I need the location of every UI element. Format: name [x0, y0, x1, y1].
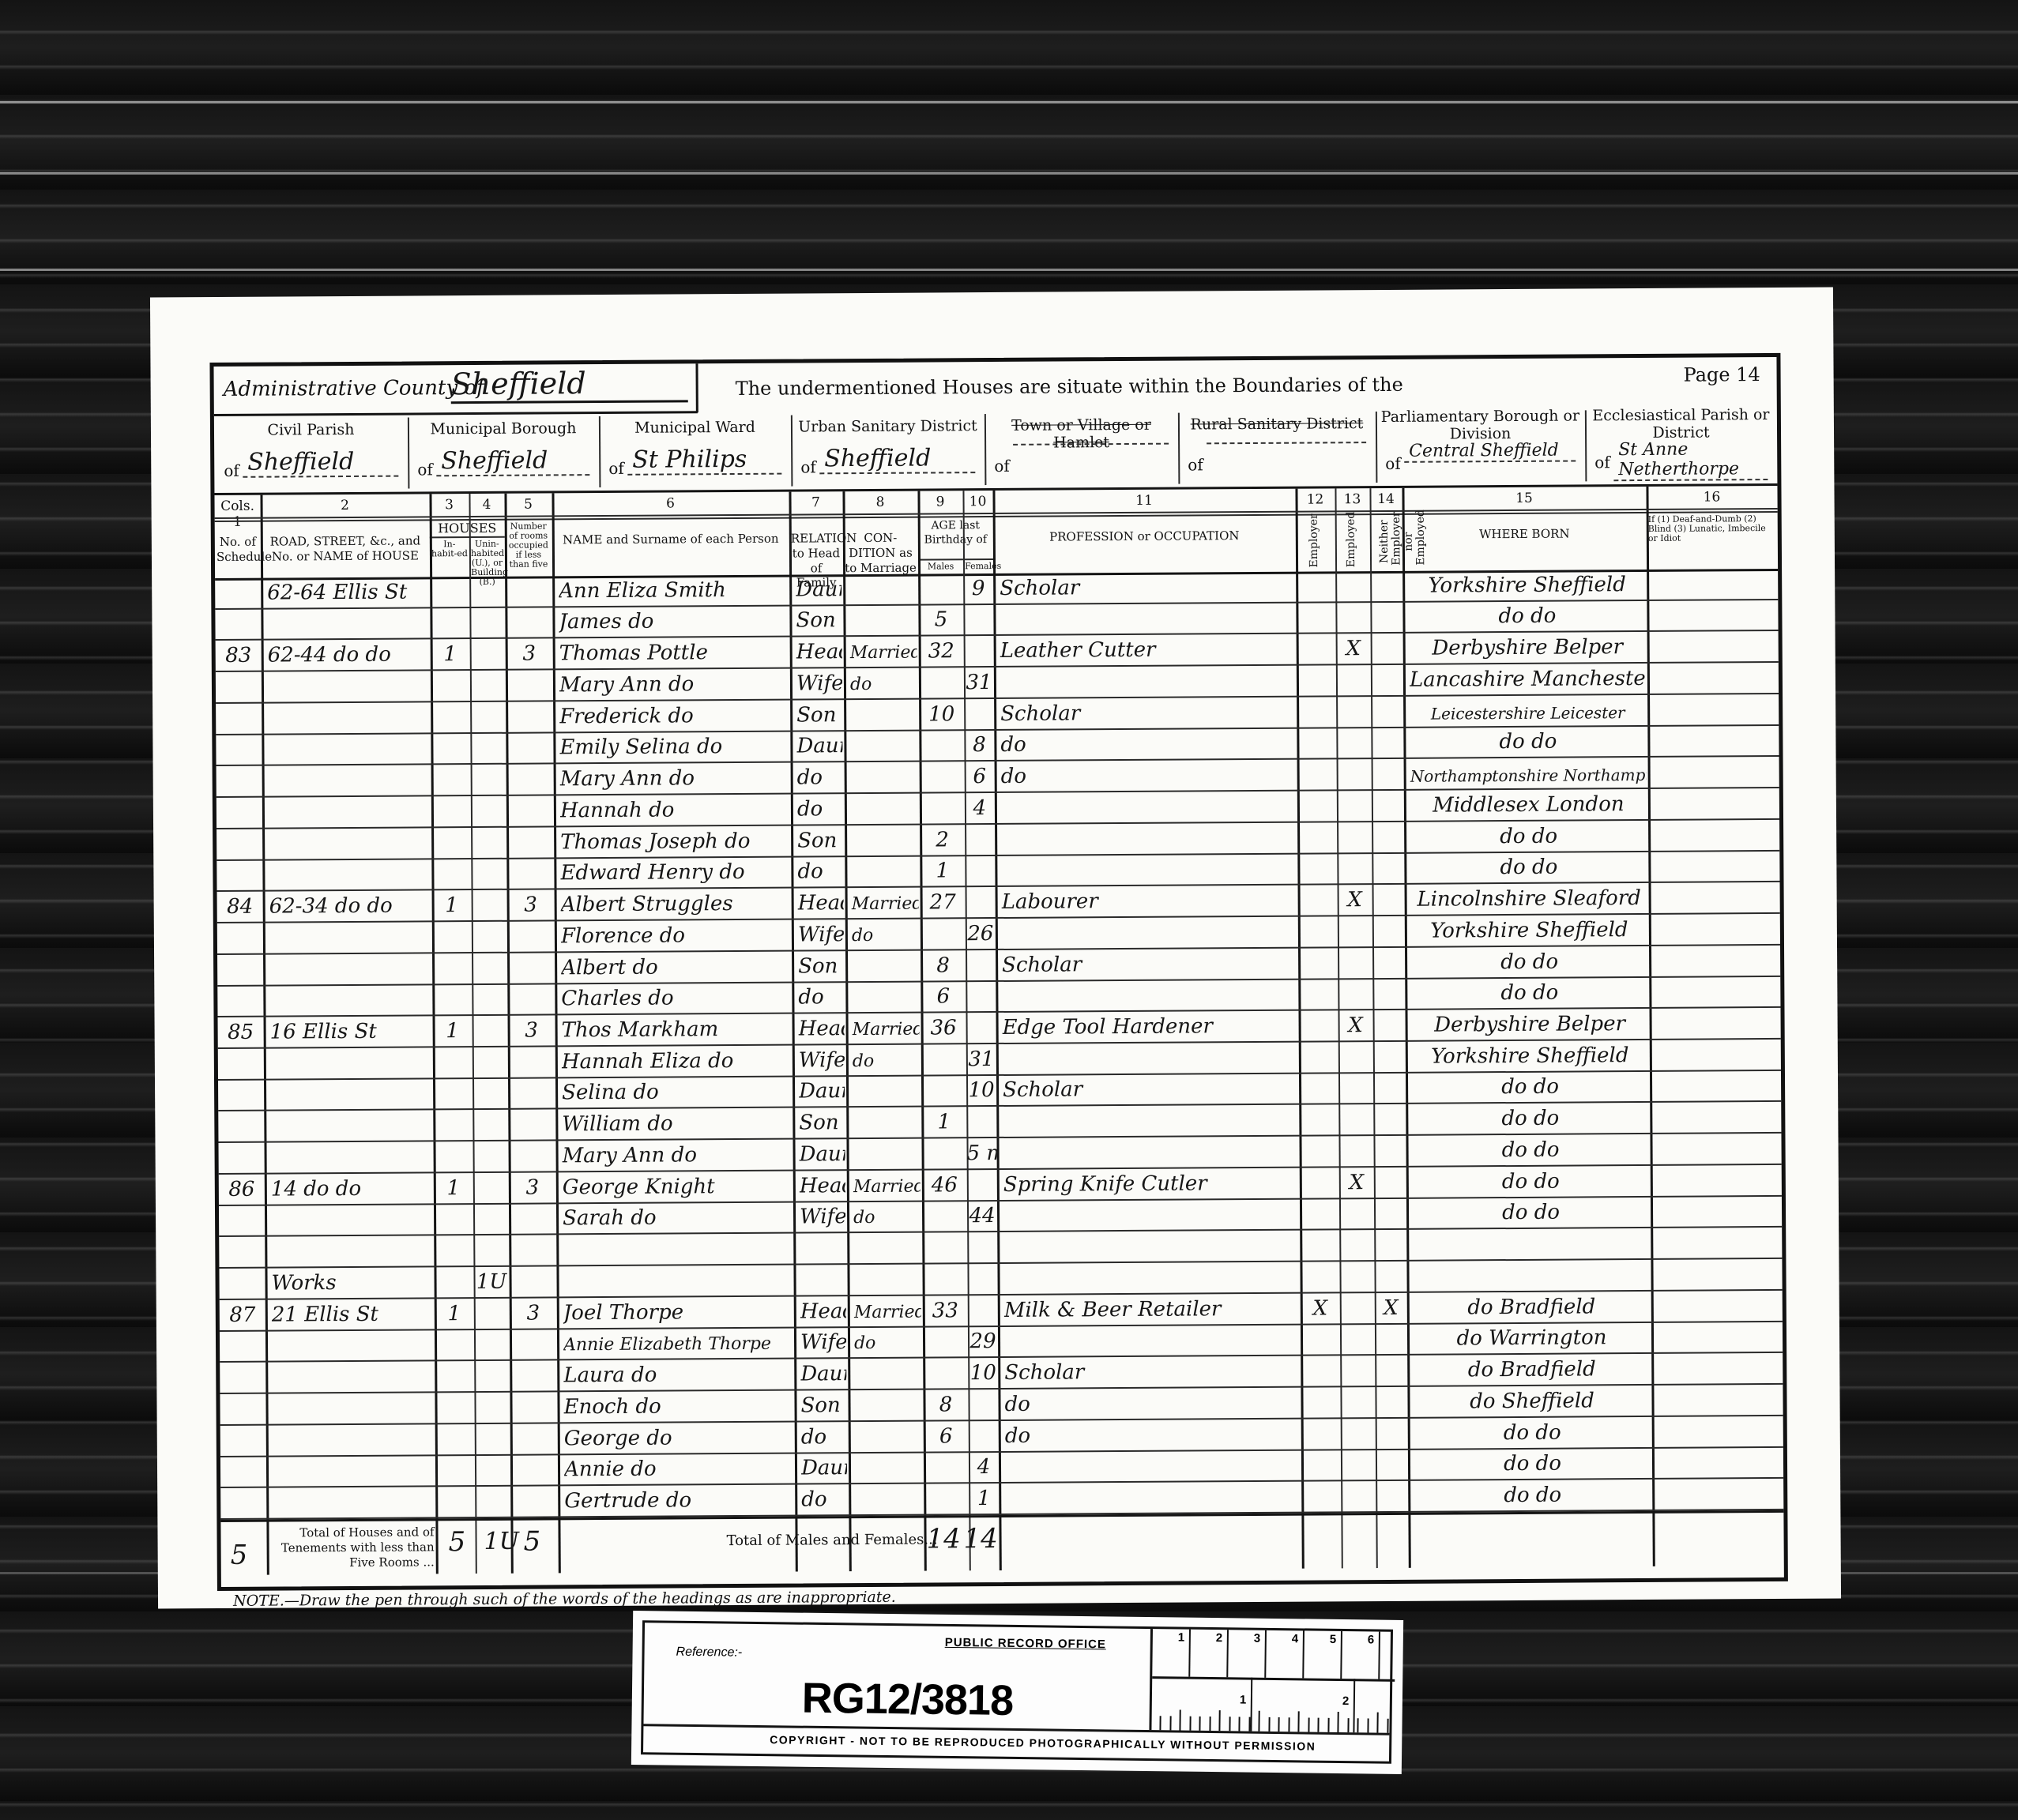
cell-relation: Son [799, 1111, 845, 1134]
cell-road: Works [271, 1270, 432, 1295]
cell-condition: do [853, 1051, 920, 1071]
column-header-road: ROAD, STREET, &c., and No. or NAME of HO… [262, 533, 428, 564]
column-header-rooms: Number of rooms occupied if less than fi… [506, 521, 551, 570]
column-number: 6 [552, 495, 789, 513]
column-header-where_born: WHERE BORN [1404, 526, 1645, 543]
cell-female-age: 9 [963, 577, 993, 600]
ruler-tick [1209, 1717, 1210, 1731]
cell-relation: do [797, 765, 843, 789]
cell-where-born: do do [1410, 729, 1646, 754]
cell-where-born: do Sheffield [1414, 1389, 1650, 1414]
column-number: 3 [430, 497, 469, 513]
cell-schedule: 87 [220, 1303, 265, 1326]
cell-where-born: do do [1412, 1074, 1648, 1100]
cell-name: Joel Thorpe [563, 1299, 793, 1325]
cell-occupation: Labourer [1002, 889, 1297, 914]
cell-condition: Married [853, 1020, 920, 1040]
cell-male-age: 5 [918, 608, 963, 632]
ruler-number: 1 [1178, 1630, 1185, 1644]
ruler-number: 5 [1330, 1633, 1337, 1646]
cell-female-age: 31 [964, 671, 994, 694]
cell-where-born: do do [1413, 1200, 1649, 1225]
cell-name: Albert Struggles [561, 892, 790, 917]
district-of: of [800, 457, 816, 476]
cell-female-age: 10 [968, 1361, 998, 1385]
cell-male-age: 1 [920, 859, 965, 883]
column-header-employer: Employer [1308, 520, 1322, 567]
cell-female-age: 6 [965, 765, 995, 788]
ruler-tick [1169, 1716, 1171, 1730]
cell-male-age: 2 [920, 828, 965, 852]
cell-where-born: do do [1410, 824, 1647, 849]
cell-road: 16 Ellis St [270, 1019, 431, 1043]
cell-schedule: 84 [217, 895, 263, 919]
reference-slip: Reference:- PUBLIC RECORD OFFICE RG12/38… [631, 1611, 1403, 1774]
column-header-name: NAME and Surname of each Person [554, 532, 788, 548]
ruler-tick [1218, 1710, 1220, 1731]
scan-artifact-line [0, 101, 2018, 103]
cell-name: Ann Eliza Smith [559, 577, 788, 603]
cell-male-age: 6 [924, 1424, 969, 1448]
ruler-tick [1297, 1711, 1299, 1732]
cell-name: Thos Markham [562, 1017, 791, 1043]
cell-male-age: 27 [921, 890, 966, 914]
column-header-infirmity: If (1) Deaf-and-Dumb (2) Blind (3) Lunat… [1648, 514, 1776, 543]
cell-where-born: do do [1411, 949, 1647, 974]
column-header-schedule: No. of Schedule [216, 535, 259, 565]
cell-condition: do [853, 1208, 921, 1228]
column-number: 4 [469, 497, 504, 513]
cell-name: Thomas Pottle [559, 641, 789, 666]
cell-inhabited: 1 [433, 1019, 472, 1043]
cell-road: 62-34 do do [269, 893, 431, 918]
ruler-number: 1 [1240, 1693, 1247, 1706]
cell-relation: Son [796, 609, 841, 633]
cell-male-age: 1 [921, 1110, 966, 1134]
cell-name: William do [562, 1111, 791, 1137]
cell-schedule: 85 [218, 1021, 264, 1044]
ruler-tick [1238, 1717, 1240, 1731]
age-group-header: AGE last Birthday of [918, 519, 993, 547]
cell-name: Charles do [561, 986, 790, 1011]
total-males: 14 [926, 1523, 961, 1555]
cell-female-age: 1 [969, 1487, 999, 1510]
district-value: Sheffield [436, 446, 589, 476]
cell-female-age: 4 [969, 1455, 999, 1479]
ruler-tick [1376, 1713, 1378, 1733]
cell-occupation: Spring Knife Cutler [1003, 1171, 1298, 1196]
cell-where-born: do do [1409, 604, 1645, 629]
ruler-tick [1347, 1718, 1349, 1732]
cell-where-born: Derbyshire Belper [1412, 1012, 1648, 1037]
total-uninhabited: 1U [484, 1528, 519, 1555]
cell-name: George do [564, 1425, 793, 1450]
cell-relation: Head [796, 640, 842, 664]
cell-name: Hannah Eliza do [562, 1048, 791, 1074]
cell-employer: X [1301, 1296, 1340, 1320]
column-header-condition: CON-DITION as to Marriage [845, 531, 917, 576]
district-value: Sheffield [243, 448, 398, 478]
ruler-tick [1278, 1717, 1279, 1732]
cell-relation: Head [798, 891, 844, 915]
cell-inhabited: 1 [432, 893, 472, 917]
cell-occupation: Scholar [1000, 700, 1295, 725]
cell-rooms: 3 [506, 642, 553, 666]
district-label: Municipal Borough [408, 419, 599, 438]
cell-relation: do [801, 1425, 847, 1449]
district-value: Central Sheffield [1404, 441, 1576, 463]
district-of: of [224, 461, 239, 480]
column-number: 16 [1646, 489, 1777, 506]
column-number: 13 [1335, 491, 1369, 507]
district-label: Ecclesiastical Parish or District [1585, 406, 1777, 442]
column-number: 2 [261, 497, 430, 513]
copyright-notice: COPYRIGHT - NOT TO BE REPRODUCED PHOTOGR… [770, 1733, 1316, 1752]
cell-rooms: 3 [510, 1301, 557, 1325]
district-of: of [1385, 454, 1401, 473]
cell-where-born: Lancashire Manchester [1410, 667, 1646, 692]
county-label: Administrative County of [224, 376, 484, 401]
ruler-tick [1367, 1718, 1369, 1732]
reference-code: RG12/3818 [802, 1674, 1014, 1725]
cell-where-born: Northamptonshire Northampton [1410, 765, 1647, 786]
ruler-tick [1288, 1717, 1289, 1732]
houses-group-header: HOUSES [430, 521, 505, 537]
cell-relation: Wife [800, 1330, 846, 1354]
cell-name: Mary Ann do [563, 1142, 792, 1168]
cell-name: Enoch do [563, 1393, 793, 1419]
column-header-females: Females [965, 562, 992, 571]
column-number: 14 [1369, 491, 1402, 507]
column-number: 8 [842, 494, 917, 511]
cell-schedule: 86 [219, 1177, 265, 1201]
public-record-office-label: PUBLIC RECORD OFFICE [945, 1636, 1106, 1651]
ruler-tick [1248, 1717, 1250, 1732]
household-rows: 62-64 Ellis StAnn Eliza SmithDaur9Schola… [213, 357, 1776, 367]
district-value: Sheffield [819, 444, 975, 474]
total-rooms: 5 [523, 1526, 540, 1558]
cell-relation: do [797, 797, 843, 821]
cell-occupation: Scholar [1004, 1359, 1299, 1385]
cell-relation: Wife [800, 1205, 845, 1229]
cell-name: Annie do [564, 1457, 793, 1482]
district-of: of [1594, 453, 1610, 472]
column-header-employed: Employed [1345, 520, 1359, 567]
ruler-tick [1357, 1718, 1358, 1732]
cell-female-age: 10 [966, 1078, 996, 1102]
cell-where-born: Middlesex London [1410, 792, 1647, 818]
cell-condition: do [852, 925, 919, 946]
cell-occupation: Edge Tool Hardener [1003, 1014, 1297, 1040]
cell-where-born: do do [1410, 855, 1647, 880]
ruler-tick [1317, 1718, 1319, 1732]
column-number: 12 [1295, 491, 1335, 507]
cell-relation: Wife [796, 671, 842, 695]
cell-occupation: Milk & Beer Retailer [1004, 1296, 1299, 1322]
cell-employed: X [1338, 888, 1372, 912]
cell-occupation: Leather Cutter [1000, 637, 1295, 663]
cell-female-age: 8 [964, 733, 994, 757]
cell-relation: Head [800, 1174, 845, 1198]
reference-label: Reference:- [676, 1645, 742, 1660]
ruler-division [1353, 1679, 1355, 1732]
cell-where-born: do Bradfield [1414, 1295, 1650, 1320]
persons-total-label: Total of Males and Females... [727, 1531, 938, 1549]
cell-female-age: 44 [967, 1204, 997, 1228]
district-label: Urban Sanitary District [791, 417, 985, 435]
column-grid: Cols. 12345678910111213141516HOUSESAGE l… [213, 357, 1776, 367]
ruler-number: 2 [1216, 1631, 1223, 1645]
column-number: 9 [917, 494, 962, 510]
cell-employed: X [1339, 1171, 1374, 1194]
cell-inhabited: 1 [434, 1176, 473, 1200]
column-header-males: Males [920, 562, 962, 571]
cell-where-born: do do [1414, 1420, 1651, 1445]
district-of: of [608, 459, 624, 478]
cell-relation: Son [797, 829, 843, 852]
district-of: of [417, 460, 433, 479]
ruler-tick [1337, 1712, 1338, 1732]
cell-where-born: do do [1411, 980, 1647, 1006]
total-schedules: 5 [231, 1540, 248, 1571]
census-page: Administrative County of Sheffield The u… [150, 288, 1841, 1609]
column-number: 7 [789, 494, 842, 510]
cell-name: Frederick do [559, 703, 789, 728]
ruler-tick [1258, 1711, 1259, 1732]
ruler-number: 4 [1292, 1632, 1299, 1645]
ruler-number: 3 [1254, 1632, 1261, 1645]
cell-name: James do [559, 609, 788, 634]
cell-rooms: 3 [508, 1018, 555, 1042]
cell-relation: Daur [800, 1142, 845, 1166]
ruler-tick [1229, 1717, 1230, 1731]
ruler-number: 2 [1342, 1694, 1350, 1708]
cell-relation: do [801, 1487, 847, 1511]
cell-rooms: 3 [507, 893, 555, 916]
district-value [1207, 442, 1366, 444]
cell-male-age: 46 [922, 1173, 967, 1197]
ruler-number: 6 [1368, 1633, 1375, 1646]
cell-relation: Son [800, 1393, 846, 1417]
cell-male-age: 6 [921, 984, 966, 1008]
cell-occupation: do [1001, 763, 1296, 788]
cell-female-age: 5 mths [966, 1141, 996, 1165]
cell-road: 21 Ellis St [272, 1302, 433, 1326]
cell-condition: do [854, 1333, 921, 1354]
column-number: 11 [992, 492, 1295, 510]
cell-inhabited: 1 [431, 642, 470, 666]
cell-condition: Married [852, 894, 919, 915]
total-females: 14 [963, 1523, 998, 1555]
ruler-tick [1387, 1719, 1388, 1733]
cell-where-born: do do [1414, 1451, 1651, 1476]
cell-inhabited: 1 [435, 1302, 474, 1326]
cell-name: George Knight [563, 1174, 792, 1199]
cell-neither: X [1375, 1295, 1407, 1319]
cell-uninhabited: 1U [473, 1270, 509, 1294]
district-label: Civil Parish [214, 421, 408, 439]
cell-occupation: Scholar [1002, 951, 1297, 976]
cell-where-born: do Warrington [1414, 1326, 1650, 1351]
divider [695, 363, 698, 412]
cell-relation: Son [796, 703, 842, 727]
ruler-tick [1327, 1718, 1329, 1732]
ruler-tick [1268, 1717, 1270, 1732]
ruler-tick [1179, 1710, 1180, 1731]
cell-female-age: 29 [968, 1329, 998, 1353]
cell-where-born: Yorkshire Sheffield [1411, 918, 1647, 943]
cell-road: 62-64 Ellis St [267, 580, 428, 604]
cell-occupation: do [1004, 1390, 1299, 1416]
cell-name: Florence do [561, 923, 790, 948]
cell-relation: Wife [798, 923, 844, 946]
cell-road: 14 do do [271, 1176, 432, 1201]
cell-male-age: 36 [921, 1016, 966, 1040]
cell-name: Thomas Joseph do [560, 829, 789, 854]
cell-name: Albert do [561, 954, 790, 980]
column-header-occupation: PROFESSION or OCCUPATION [995, 528, 1294, 545]
cell-employed: X [1336, 637, 1371, 660]
boundaries-statement: The undermentioned Houses are situate wi… [736, 374, 1403, 400]
cell-name: Mary Ann do [560, 766, 789, 792]
column-number: 5 [504, 496, 552, 512]
cell-relation: Wife [799, 1048, 845, 1072]
total-inhabited: 5 [448, 1526, 465, 1558]
district-label: Rural Sanitary District [1178, 415, 1376, 434]
column-number: Cols. 1 [215, 498, 261, 530]
district-label: Parliamentary Borough or Division [1376, 407, 1585, 443]
cell-where-born: Derbyshire Belper [1410, 635, 1646, 660]
census-form: Administrative County of Sheffield The u… [209, 353, 1787, 1591]
cell-name: Hannah do [560, 797, 789, 822]
cell-where-born: do do [1414, 1483, 1651, 1508]
district-of: of [1188, 455, 1203, 474]
cell-male-age: 33 [923, 1299, 968, 1322]
cell-occupation: do [1005, 1422, 1300, 1447]
ruler-tick [1199, 1717, 1200, 1731]
divider [214, 411, 698, 416]
cell-occupation: do [1000, 731, 1295, 757]
cell-name: Emily Selina do [559, 735, 789, 760]
scan-artifact-line [0, 269, 2018, 271]
cell-where-born: do Bradfield [1414, 1357, 1650, 1382]
column-number: 15 [1402, 490, 1646, 507]
cell-where-born: Yorkshire Sheffield [1412, 1043, 1648, 1069]
district-label: Municipal Ward [599, 419, 791, 437]
cell-where-born: do do [1412, 1137, 1648, 1163]
cell-name: Annie Elizabeth Thorpe [563, 1334, 793, 1356]
cell-condition: Married [850, 643, 917, 664]
district-value: St Philips [627, 446, 781, 476]
cell-where-born: Lincolnshire Sleaford [1411, 886, 1647, 912]
cell-where-born: Leicestershire Leicester [1410, 703, 1646, 724]
ruler-division [1250, 1678, 1252, 1732]
district-value: St Anne Netherthorpe [1613, 439, 1768, 481]
cell-where-born: Yorkshire Sheffield [1409, 573, 1645, 598]
page-number: Page 14 [1684, 363, 1760, 386]
cell-where-born: do do [1413, 1169, 1649, 1194]
cell-name: Edward Henry do [560, 860, 789, 886]
cell-rooms: 3 [509, 1175, 556, 1199]
cell-relation: do [797, 859, 843, 883]
totals-row: 5 Total of Houses and of Tenements with … [213, 357, 1776, 367]
district-boxes: Civil ParishofSheffieldMunicipal Borough… [213, 357, 1776, 367]
cell-relation: Son [798, 954, 844, 978]
cell-schedule: 83 [216, 644, 262, 667]
column-number: 10 [962, 494, 992, 510]
cell-name: Laura do [563, 1363, 793, 1388]
cell-male-age: 32 [919, 639, 964, 663]
district-label: Town or Village or Hamlet [985, 416, 1178, 452]
cell-road: 62-44 do do [268, 643, 429, 667]
cell-male-age: 10 [919, 702, 964, 726]
ruler-tick [1159, 1716, 1161, 1730]
cell-where-born: do do [1412, 1106, 1648, 1131]
houses-total-label: Total of Houses and of Tenements with le… [272, 1525, 434, 1570]
cell-condition: Married [854, 1302, 921, 1322]
cell-condition: Married [853, 1176, 921, 1197]
scan-artifact-line [0, 172, 2018, 175]
cell-relation: Daur [796, 577, 841, 601]
cell-female-age: 31 [966, 1047, 996, 1071]
cell-relation: Head [799, 1017, 845, 1040]
cell-condition: do [850, 675, 917, 695]
cell-male-age: 8 [921, 953, 966, 977]
cell-occupation: Scholar [1000, 574, 1294, 600]
cell-female-age: 4 [965, 796, 995, 820]
cell-male-age: 8 [923, 1393, 968, 1416]
cell-relation: do [798, 985, 844, 1009]
cell-relation: Daur [800, 1362, 846, 1386]
district-of: of [994, 457, 1010, 476]
cell-name: Gertrude do [564, 1488, 793, 1514]
ruler-tick [1189, 1717, 1191, 1731]
cell-female-age: 26 [966, 922, 996, 946]
county-value: Sheffield [450, 365, 687, 404]
cell-name: Sarah do [563, 1205, 792, 1231]
cell-name: Mary Ann do [559, 672, 789, 698]
ruler-tick [1308, 1717, 1309, 1732]
cell-relation: Daur [801, 1456, 847, 1480]
scale-ruler: 12345612 [1149, 1629, 1395, 1733]
column-header-inhabited: In-habit-ed [431, 540, 468, 558]
cell-relation: Daur [796, 735, 842, 758]
cell-relation: Daur [799, 1080, 845, 1104]
cell-relation: Head [800, 1299, 846, 1323]
cell-employed: X [1338, 1013, 1373, 1037]
cell-occupation: Scholar [1003, 1077, 1297, 1102]
cell-name: Selina do [562, 1080, 791, 1105]
